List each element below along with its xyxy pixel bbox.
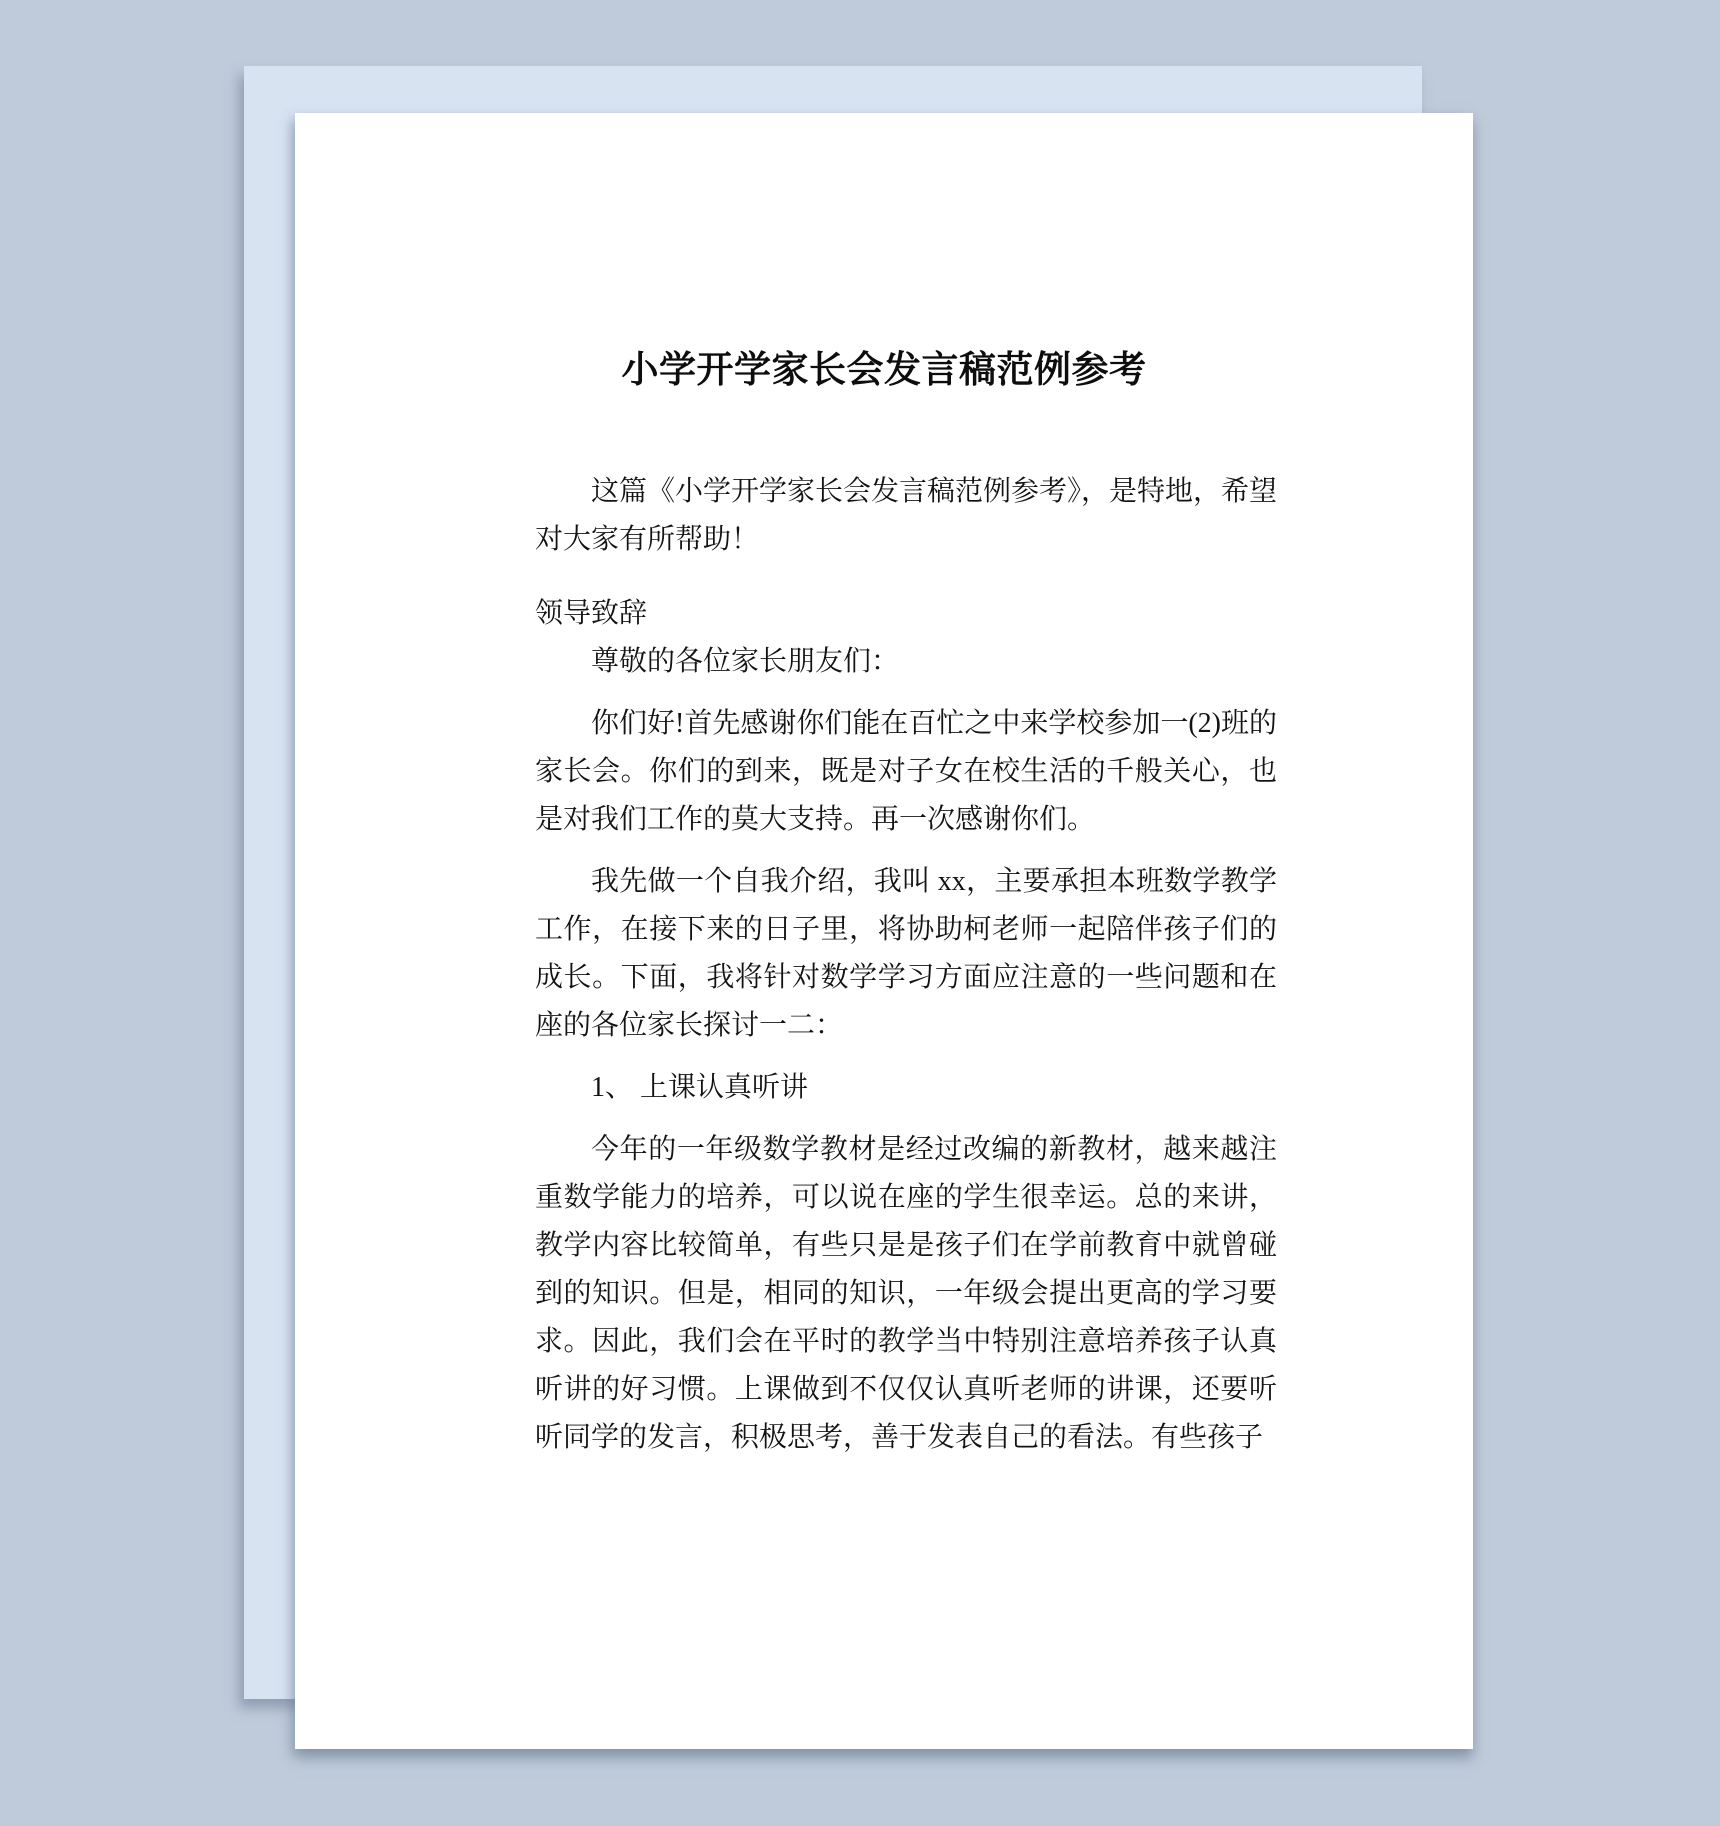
paragraph-textbook: 今年的一年级数学教材是经过改编的新教材，越来越注重数学能力的培养，可以说在座的学… xyxy=(535,1126,1277,1462)
document-title: 小学开学家长会发言稿范例参考 xyxy=(295,347,1473,395)
paragraph-greeting: 你们好!首先感谢你们能在百忙之中来学校参加一(2)班的家长会。你们的到来，既是对… xyxy=(535,700,1277,844)
paragraph-intro: 这篇《小学开学家长会发言稿范例参考》，是特地，希望对大家有所帮助！ xyxy=(535,468,1277,564)
paragraph-self-intro: 我先做一个自我介绍，我叫 xx，主要承担本班数学教学工作，在接下来的日子里，将协… xyxy=(535,858,1277,1050)
paragraph-salutation: 尊敬的各位家长朋友们： xyxy=(535,638,1277,686)
desktop-background: { "doc": { "title": "小学开学家长会发言稿范例参考", "p… xyxy=(0,0,1720,1826)
document-page: 小学开学家长会发言稿范例参考 这篇《小学开学家长会发言稿范例参考》，是特地，希望… xyxy=(295,113,1473,1749)
list-item-1: 1、 上课认真听讲 xyxy=(535,1064,1277,1112)
document-body: 这篇《小学开学家长会发言稿范例参考》，是特地，希望对大家有所帮助！ 领导致辞 尊… xyxy=(535,468,1277,1462)
section-heading: 领导致辞 xyxy=(535,590,1277,638)
